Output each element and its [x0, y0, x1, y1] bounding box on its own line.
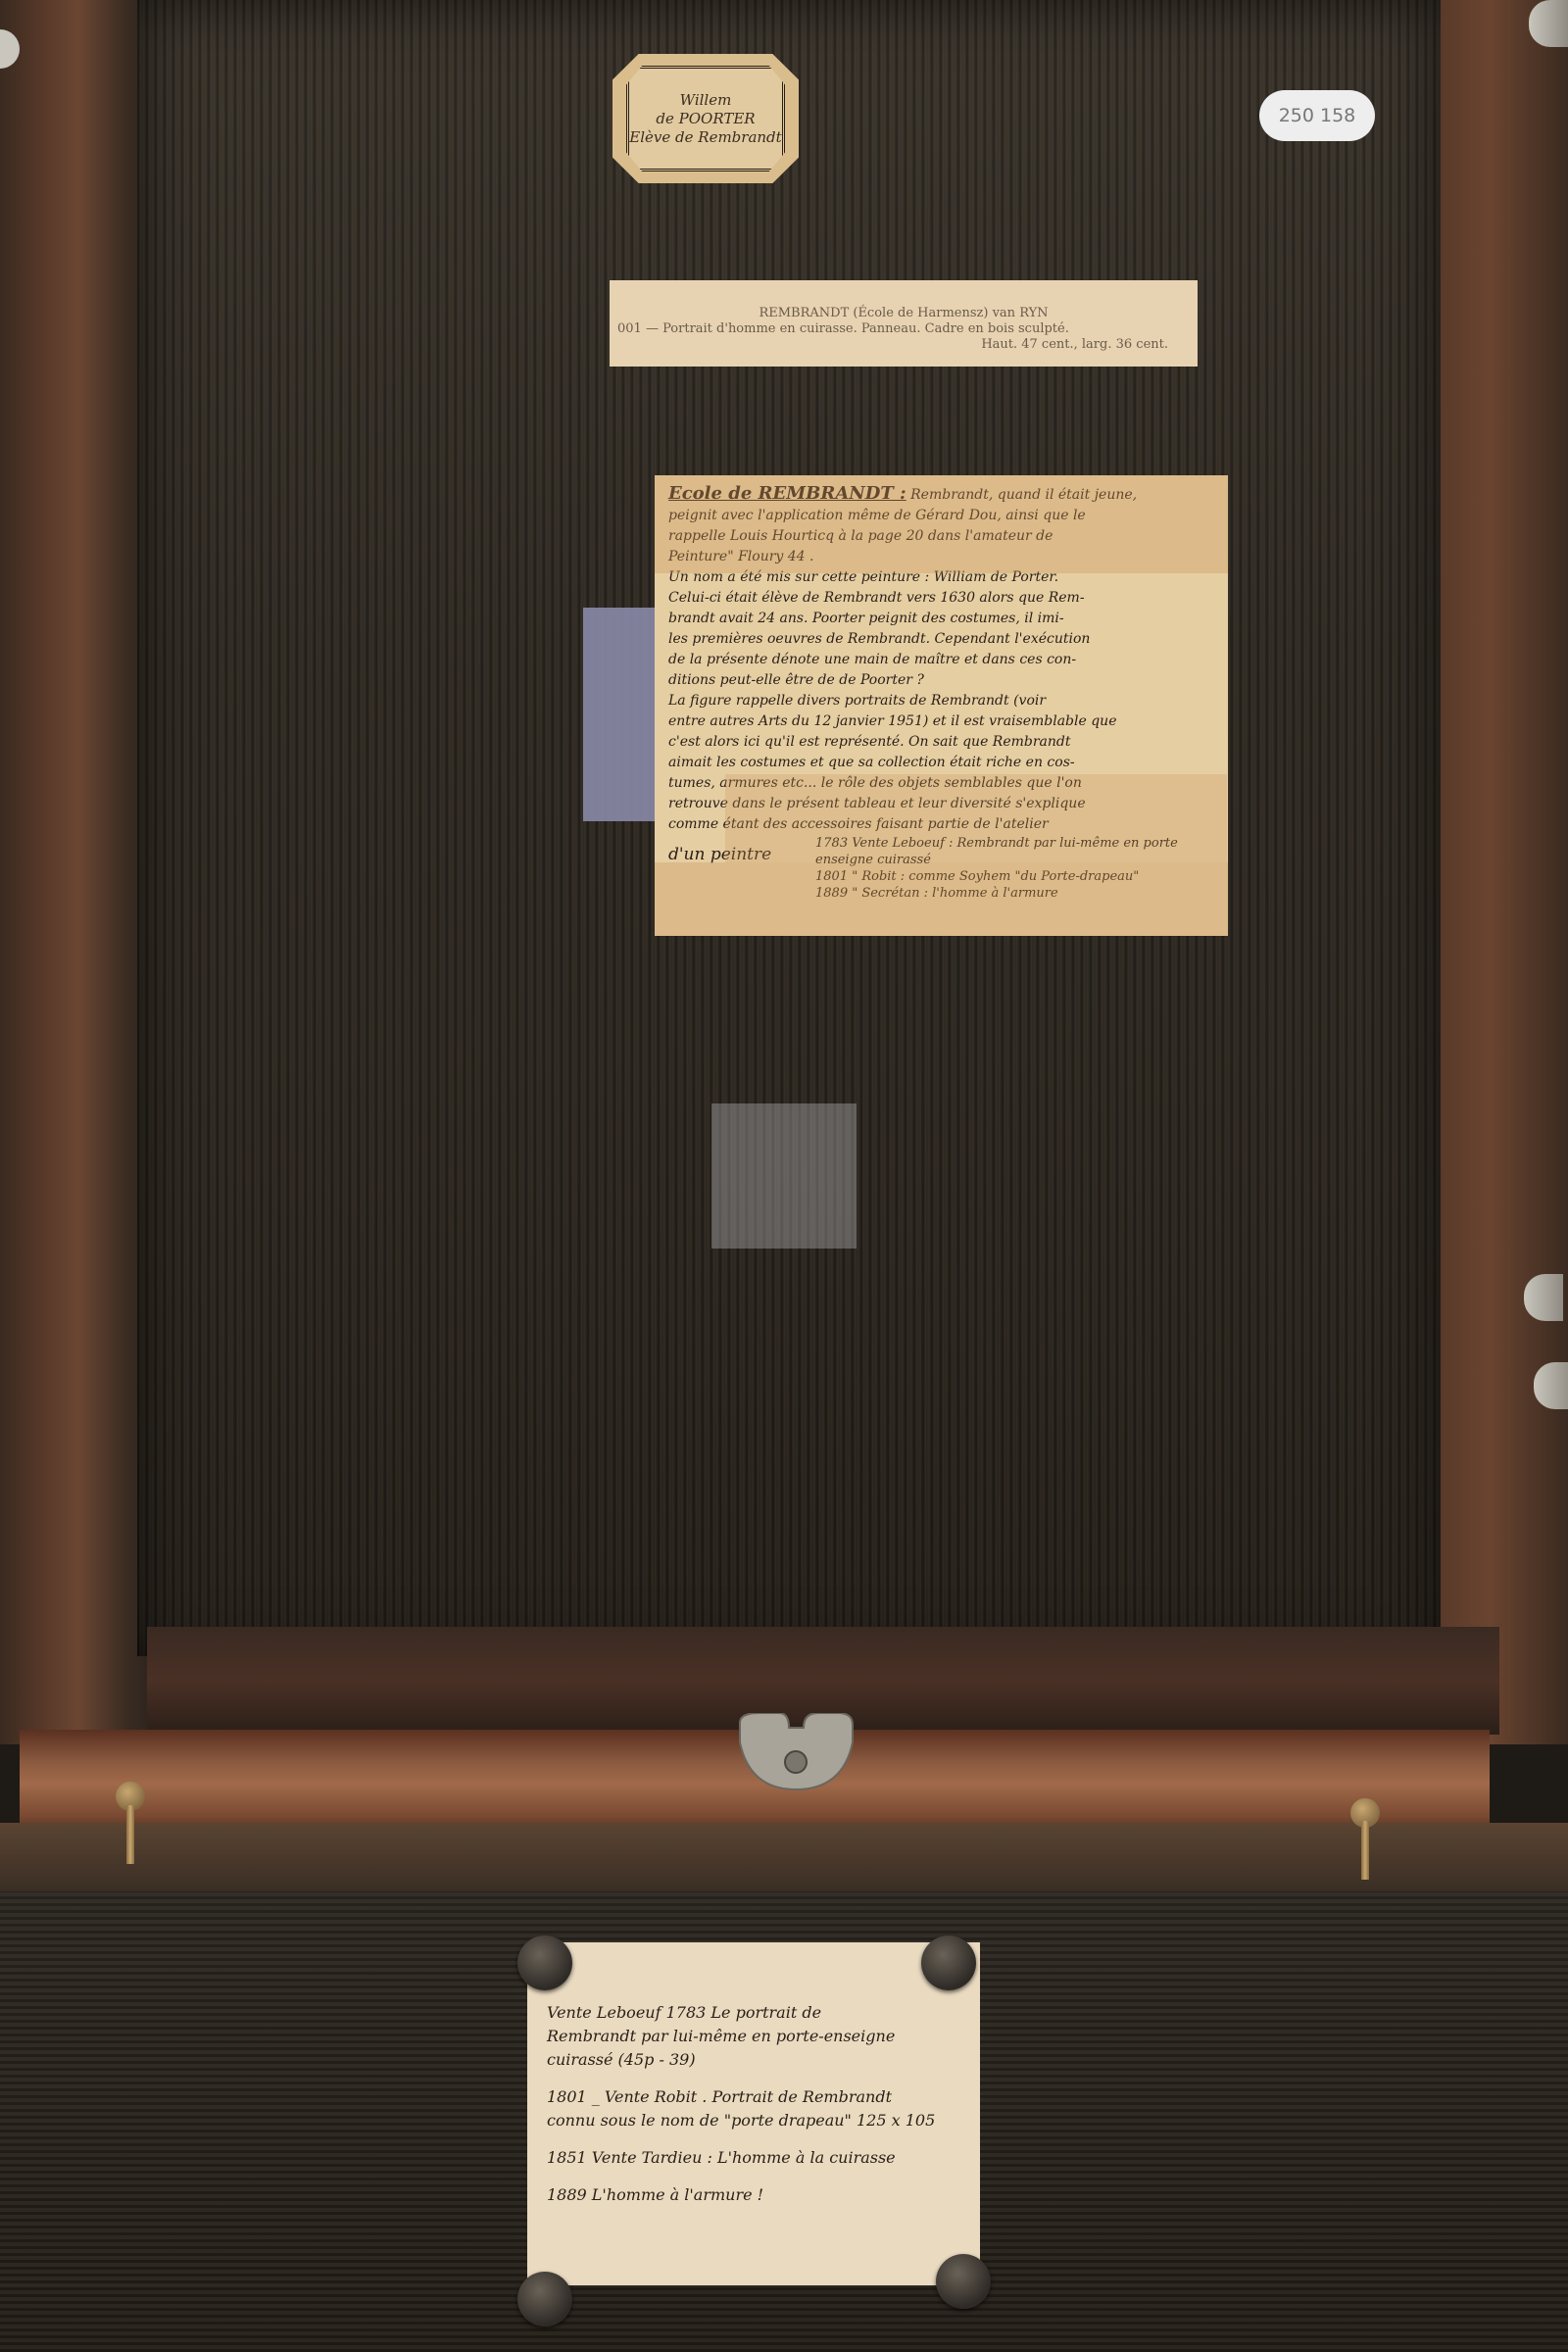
octagon-label-line3: Elève de Rembrandt: [629, 128, 781, 147]
note-line: brandt avait 24 ans. Poorter peignit des…: [668, 609, 1214, 629]
turn-button-clip: [730, 1713, 862, 1791]
pin-top-right: [921, 1935, 976, 1990]
bottom-note-line: 1851 Vente Tardieu : L'homme à la cuiras…: [547, 2146, 960, 2170]
bottom-note-line: connu sous le nom de "porte drapeau" 125…: [547, 2109, 960, 2132]
note-line: c'est alors ici qu'il est représenté. On…: [668, 732, 1214, 753]
octagon-label-line1: Willem: [680, 91, 732, 110]
bottom-note-line: 1801 _ Vente Robit . Portrait de Rembran…: [547, 2085, 960, 2109]
handwritten-note-bottom: Vente Leboeuf 1783 Le portrait de Rembra…: [527, 1942, 980, 2285]
catalog-strip: REMBRANDT (École de Harmensz) van RYN 00…: [610, 280, 1198, 367]
screw-shank-right: [1361, 1821, 1369, 1880]
side-clip-lower: [1534, 1362, 1568, 1409]
octagon-label-inner: Willem de POORTER Elève de Rembrandt: [626, 66, 785, 171]
note-line: entre autres Arts du 12 janvier 1951) et…: [668, 711, 1214, 732]
note-line: La figure rappelle divers portraits de R…: [668, 691, 1214, 711]
tape-bottom: [655, 862, 1228, 936]
note-line: Celui-ci était élève de Rembrandt vers 1…: [668, 588, 1214, 609]
side-clip-upper: [1524, 1274, 1563, 1321]
price-tag: 250 158: [1259, 90, 1375, 141]
note-line: ditions peut-elle être de de Poorter ?: [668, 670, 1214, 691]
catalog-line2: 001 — Portrait d'homme en cuirasse. Pann…: [610, 321, 1198, 337]
catalog-line1: REMBRANDT (École de Harmensz) van RYN: [610, 306, 1198, 321]
bottom-note-line: 1889 L'homme à l'armure !: [547, 2183, 960, 2207]
bottom-note-line: cuirassé (45p - 39): [547, 2048, 960, 2072]
octagon-label: Willem de POORTER Elève de Rembrandt: [612, 54, 799, 183]
tape-top: [655, 475, 1228, 573]
pin-bottom-right: [936, 2254, 991, 2309]
translucent-square-patch: [711, 1103, 857, 1249]
note-line: de la présente dénote une main de maître…: [668, 650, 1214, 670]
catalog-line3: Haut. 47 cent., larg. 36 cent.: [610, 337, 1198, 353]
frame-lower-strip: [0, 1823, 1568, 1891]
octagon-label-line2: de POORTER: [656, 110, 755, 128]
bottom-note-line: Rembrandt par lui-même en porte-enseigne: [547, 2025, 960, 2048]
price-tag-number: 250 158: [1279, 105, 1356, 126]
note-line: les premières oeuvres de Rembrandt. Cepe…: [668, 629, 1214, 650]
screw-shank-left: [126, 1805, 134, 1864]
pin-bottom-left: [517, 2272, 572, 2327]
side-clip-top: [1529, 0, 1568, 47]
pin-top-left: [517, 1935, 572, 1990]
tape-middle: [725, 774, 1227, 862]
blue-paper-tab: [583, 608, 655, 821]
note-line: aimait les costumes et que sa collection…: [668, 753, 1214, 773]
bottom-note-line: Vente Leboeuf 1783 Le portrait de: [547, 2001, 960, 2025]
